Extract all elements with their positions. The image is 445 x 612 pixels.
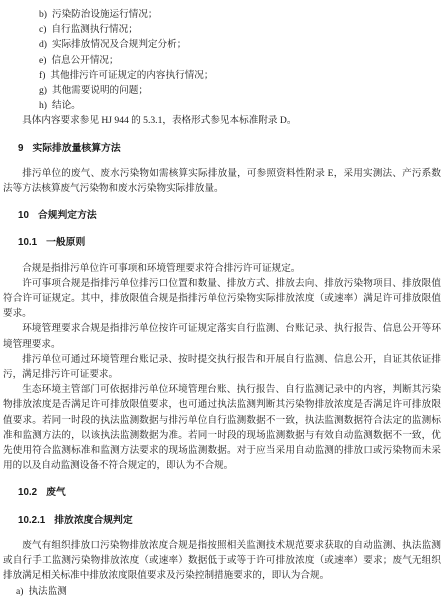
list-item: g)其他需要说明的问题；: [39, 83, 441, 98]
section-title: 合规判定方法: [38, 210, 97, 221]
list-item: f)其他排污许可证规定的内容执行情况；: [39, 68, 441, 83]
section-9-paragraph: 排污单位的废气、废水污染物如需核算实际排放量，可参照资料性附录 E，采用实测法、…: [3, 166, 441, 196]
document-page: b)污染防治设施运行情况； c)自行监测执行情况； d)实际排放情况及合规判定分…: [0, 0, 445, 612]
section-number: 10.2.1: [18, 515, 45, 526]
section-number: 10.1: [18, 237, 37, 248]
section-number: 10: [18, 210, 29, 221]
section-10-2-1-paragraph: 废气有组织排放口污染物排放浓度合规是指按照相关监测技术规范要求获取的自动监测、执…: [3, 538, 441, 584]
list-item-text: 自行监测执行情况；: [51, 24, 137, 35]
list-item-label: f): [39, 70, 45, 81]
section-10-heading: 10合规判定方法: [18, 208, 441, 223]
list-item: a)执法监测: [3, 584, 441, 599]
list-item-label: g): [39, 85, 47, 96]
list-item: c)自行监测执行情况；: [39, 22, 441, 37]
list-item-text: 结论。: [52, 100, 81, 111]
list-item: e)信息公开情况；: [39, 53, 441, 68]
section-title: 实际排放量核算方法: [32, 143, 120, 154]
list-item-text: 执法监测: [28, 586, 66, 597]
section-10-2-heading: 10.2废气: [18, 485, 441, 500]
section-9-heading: 9实际排放量核算方法: [18, 141, 441, 156]
list-item-text: 信息公开情况；: [51, 55, 118, 66]
list-item-label: a): [16, 586, 23, 597]
section-10-1-body: 合规是指排污单位许可事项和环境管理要求符合排污许可证规定。 许可事项合规是指排污…: [3, 261, 441, 474]
section-number: 9: [18, 143, 23, 154]
list-item-text: 其他排污许可证规定的内容执行情况；: [50, 70, 213, 81]
section-title: 一般原则: [46, 237, 85, 248]
section-title: 排放浓度合规判定: [54, 515, 132, 526]
section-title: 废气: [46, 487, 66, 498]
list-item-text: 污染防治设施运行情况；: [52, 9, 158, 20]
paragraph: 排污单位可通过环境管理台账记录、按时提交执行报告和开展自行监测、信息公开，自证其…: [3, 352, 441, 382]
section-number: 10.2: [18, 487, 37, 498]
list-item-label: h): [39, 100, 47, 111]
section-10-1-heading: 10.1一般原则: [18, 235, 441, 250]
list-item: h)结论。: [39, 98, 441, 113]
list-item-text: 实际排放情况及合规判定分析；: [52, 39, 186, 50]
list-item-label: b): [39, 9, 47, 20]
report-content-list: b)污染防治设施运行情况； c)自行监测执行情况； d)实际排放情况及合规判定分…: [3, 7, 441, 113]
paragraph: 生态环境主管部门可依据排污单位环境管理台账、执行报告、自行监测记录中的内容，判断…: [3, 382, 441, 473]
paragraph: 环境管理要求合规是指排污单位按许可证规定落实自行监测、台账记录、执行报告、信息公…: [3, 321, 441, 351]
list-item-text: 其他需要说明的问题；: [52, 85, 148, 96]
list-item-label: c): [39, 24, 46, 35]
paragraph: 合规是指排污单位许可事项和环境管理要求符合排污许可证规定。: [3, 261, 441, 276]
list-item: d)实际排放情况及合规判定分析；: [39, 37, 441, 52]
reference-note-paragraph: 具体内容要求参见 HJ 944 的 5.3.1，表格形式参见本标准附录 D。: [3, 113, 441, 128]
section-10-2-1-heading: 10.2.1排放浓度合规判定: [18, 513, 441, 528]
list-item-label: e): [39, 55, 46, 66]
list-item-label: d): [39, 39, 47, 50]
list-item: b)污染防治设施运行情况；: [39, 7, 441, 22]
paragraph: 许可事项合规是指排污单位排污口位置和数量、排放方式、排放去向、排放污染物项目、排…: [3, 276, 441, 322]
